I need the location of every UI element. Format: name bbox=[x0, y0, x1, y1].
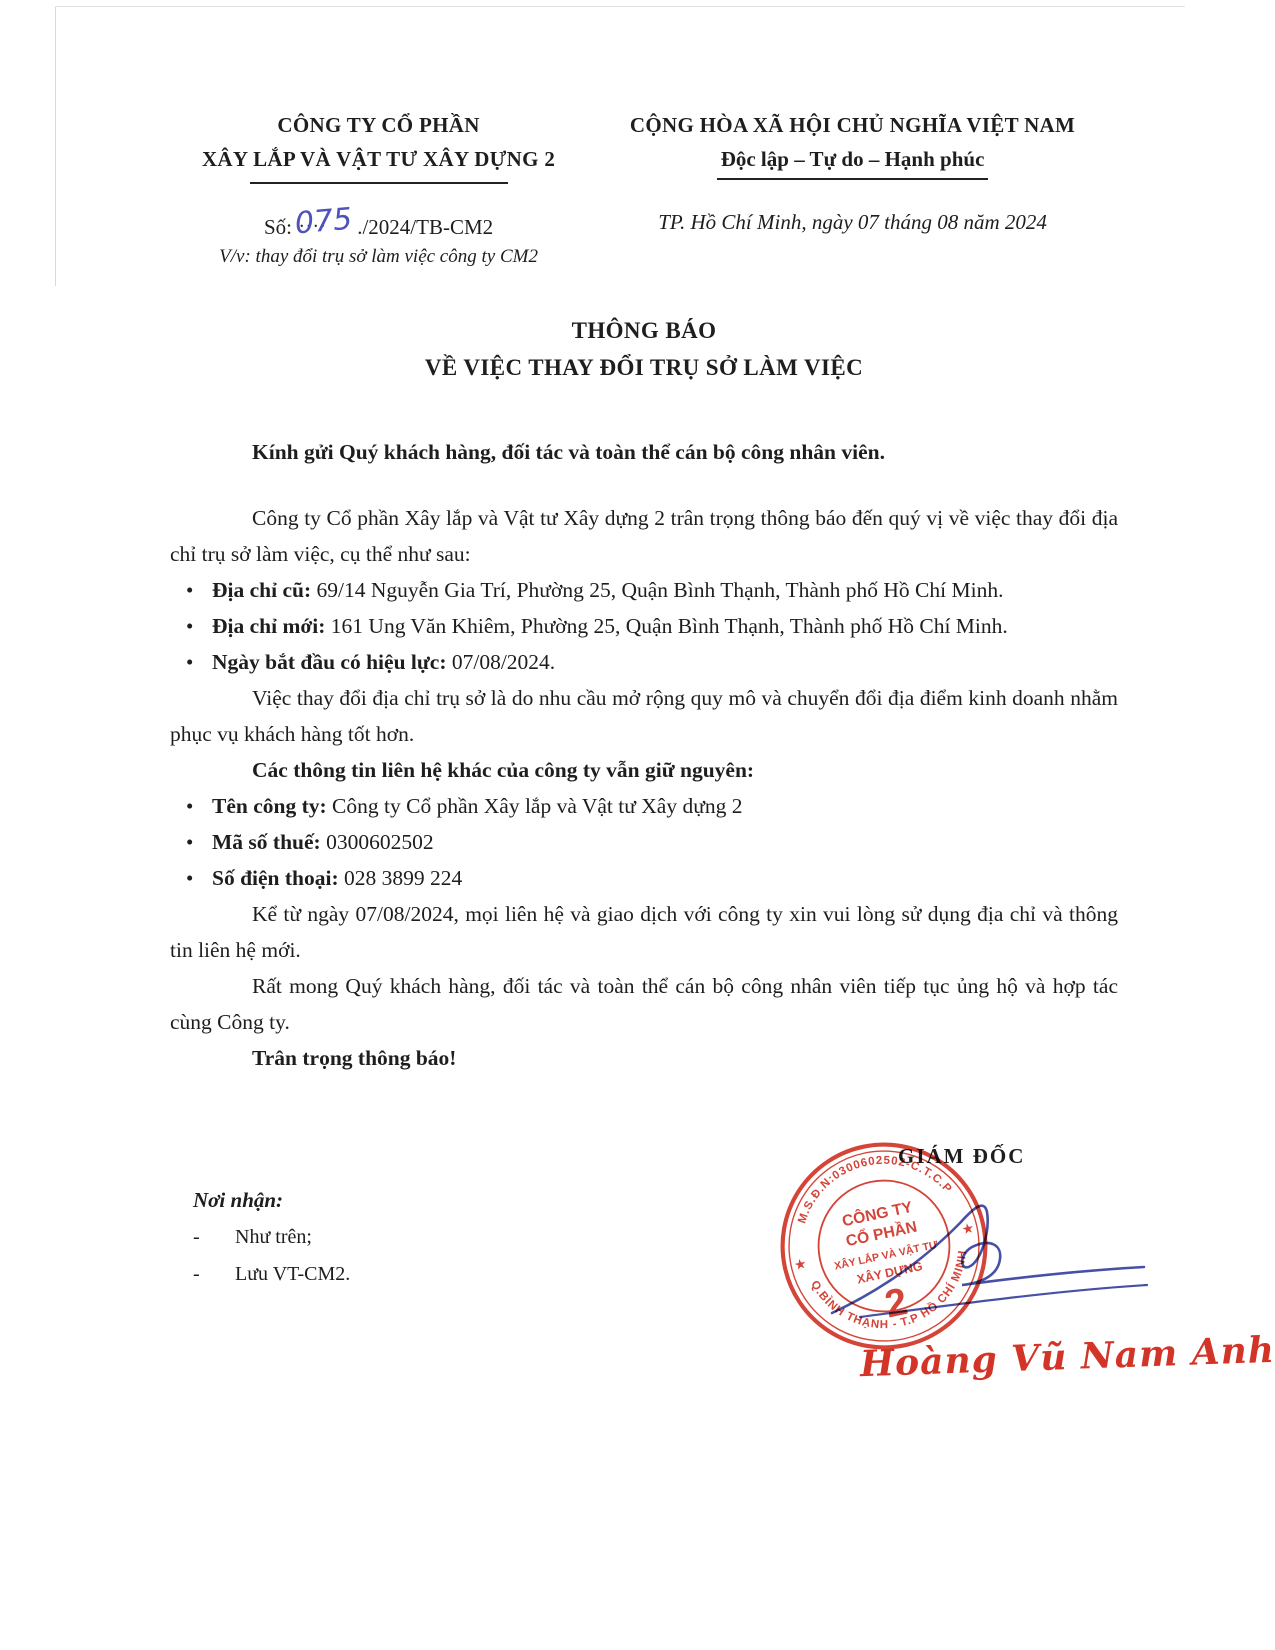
document-content: CÔNG TY CỔ PHẦN XÂY LẮP VÀ VẬT TƯ XÂY DỰ… bbox=[170, 108, 1118, 1076]
effective-note-paragraph: Kể từ ngày 07/08/2024, mọi liên hệ và gi… bbox=[170, 896, 1118, 968]
recipient-text: Như trên; bbox=[235, 1226, 312, 1248]
bullet-effective-date: Ngày bắt đầu có hiệu lực: 07/08/2024. bbox=[170, 644, 1118, 680]
bullet-new-address: Địa chỉ mới: 161 Ung Văn Khiêm, Phường 2… bbox=[170, 608, 1118, 644]
company-header-block: CÔNG TY CỔ PHẦN XÂY LẮP VÀ VẬT TƯ XÂY DỰ… bbox=[170, 108, 587, 184]
document-number-label: Số: bbox=[264, 215, 297, 239]
list-dash: - bbox=[193, 1256, 235, 1293]
national-motto: Độc lập – Tự do – Hạnh phúc bbox=[717, 142, 989, 180]
scanned-notice-page: CÔNG TY CỔ PHẦN XÂY LẮP VÀ VẬT TƯ XÂY DỰ… bbox=[0, 0, 1275, 1650]
bullet-text: 028 3899 224 bbox=[339, 866, 463, 890]
salutation: Kính gửi Quý khách hàng, đối tác và toàn… bbox=[170, 434, 1118, 470]
recipients-block: Nơi nhận: -Như trên; -Lưu VT-CM2. bbox=[193, 1182, 350, 1293]
company-name-line1: CÔNG TY CỔ PHẦN bbox=[170, 108, 587, 142]
bullet-company-name: Tên công ty: Công ty Cổ phần Xây lắp và … bbox=[170, 788, 1118, 824]
bullet-label: Địa chỉ mới: bbox=[212, 614, 325, 638]
title-line2: VỀ VIỆC THAY ĐỔI TRỤ SỞ LÀM VIỆC bbox=[170, 349, 1118, 386]
stamp-star-left-icon: ★ bbox=[794, 1256, 808, 1272]
bullet-label: Mã số thuế: bbox=[212, 830, 321, 854]
bullet-text: 161 Ung Văn Khiêm, Phường 25, Quận Bình … bbox=[325, 614, 1007, 638]
keep-info-heading: Các thông tin liên hệ khác của công ty v… bbox=[170, 752, 1118, 788]
bullet-label: Địa chỉ cũ: bbox=[212, 578, 311, 602]
bullet-label: Ngày bắt đầu có hiệu lực: bbox=[212, 650, 446, 674]
dateline: TP. Hồ Chí Minh, ngày 07 tháng 08 năm 20… bbox=[587, 210, 1118, 240]
recipient-item: -Lưu VT-CM2. bbox=[193, 1256, 350, 1293]
bullet-text: 0300602502 bbox=[321, 830, 434, 854]
reason-paragraph: Việc thay đổi địa chỉ trụ sở là do nhu c… bbox=[170, 680, 1118, 752]
bullet-text: 69/14 Nguyễn Gia Trí, Phường 25, Quận Bì… bbox=[311, 578, 1003, 602]
bullet-label: Tên công ty: bbox=[212, 794, 327, 818]
bullet-tax-code: Mã số thuế: 0300602502 bbox=[170, 824, 1118, 860]
list-dash: - bbox=[193, 1219, 235, 1256]
document-number-line: Số: ....075./2024/TB-CM2 bbox=[170, 210, 587, 240]
title-line1: THÔNG BÁO bbox=[170, 312, 1118, 349]
bullet-text: Công ty Cổ phần Xây lắp và Vật tư Xây dự… bbox=[327, 794, 743, 818]
thanks-paragraph: Rất mong Quý khách hàng, đối tác và toàn… bbox=[170, 968, 1118, 1040]
subject-line: V/v: thay đổi trụ sở làm việc công ty CM… bbox=[170, 246, 587, 268]
closing-line: Trân trọng thông báo! bbox=[170, 1040, 1118, 1076]
bullet-text: 07/08/2024. bbox=[446, 650, 555, 674]
recipient-item: -Như trên; bbox=[193, 1219, 350, 1256]
bullet-old-address: Địa chỉ cũ: 69/14 Nguyễn Gia Trí, Phường… bbox=[170, 572, 1118, 608]
document-number-blank: ....075 bbox=[297, 210, 357, 234]
national-header-block: CỘNG HÒA XÃ HỘI CHỦ NGHĨA VIỆT NAM Độc l… bbox=[587, 108, 1118, 184]
handwritten-number: 075 bbox=[294, 205, 354, 240]
bullet-phone-number: Số điện thoại: 028 3899 224 bbox=[170, 860, 1118, 896]
document-number-suffix: ./2024/TB-CM2 bbox=[357, 215, 493, 239]
document-header: CÔNG TY CỔ PHẦN XÂY LẮP VÀ VẬT TƯ XÂY DỰ… bbox=[170, 108, 1118, 184]
scan-edge-artifact bbox=[55, 6, 1185, 7]
company-header-rule bbox=[250, 182, 508, 184]
recipient-text: Lưu VT-CM2. bbox=[235, 1263, 350, 1285]
reference-row: Số: ....075./2024/TB-CM2 TP. Hồ Chí Minh… bbox=[170, 210, 1118, 240]
republic-name: CỘNG HÒA XÃ HỘI CHỦ NGHĨA VIỆT NAM bbox=[587, 108, 1118, 142]
document-title: THÔNG BÁO VỀ VIỆC THAY ĐỔI TRỤ SỞ LÀM VI… bbox=[170, 312, 1118, 386]
intro-paragraph: Công ty Cổ phần Xây lắp và Vật tư Xây dự… bbox=[170, 500, 1118, 572]
scan-edge-artifact bbox=[55, 6, 56, 286]
handwritten-signature bbox=[812, 1185, 1157, 1325]
company-name-line2: XÂY LẮP VÀ VẬT TƯ XÂY DỰNG 2 bbox=[170, 142, 587, 176]
recipients-label: Nơi nhận: bbox=[193, 1182, 350, 1219]
bullet-label: Số điện thoại: bbox=[212, 866, 339, 890]
